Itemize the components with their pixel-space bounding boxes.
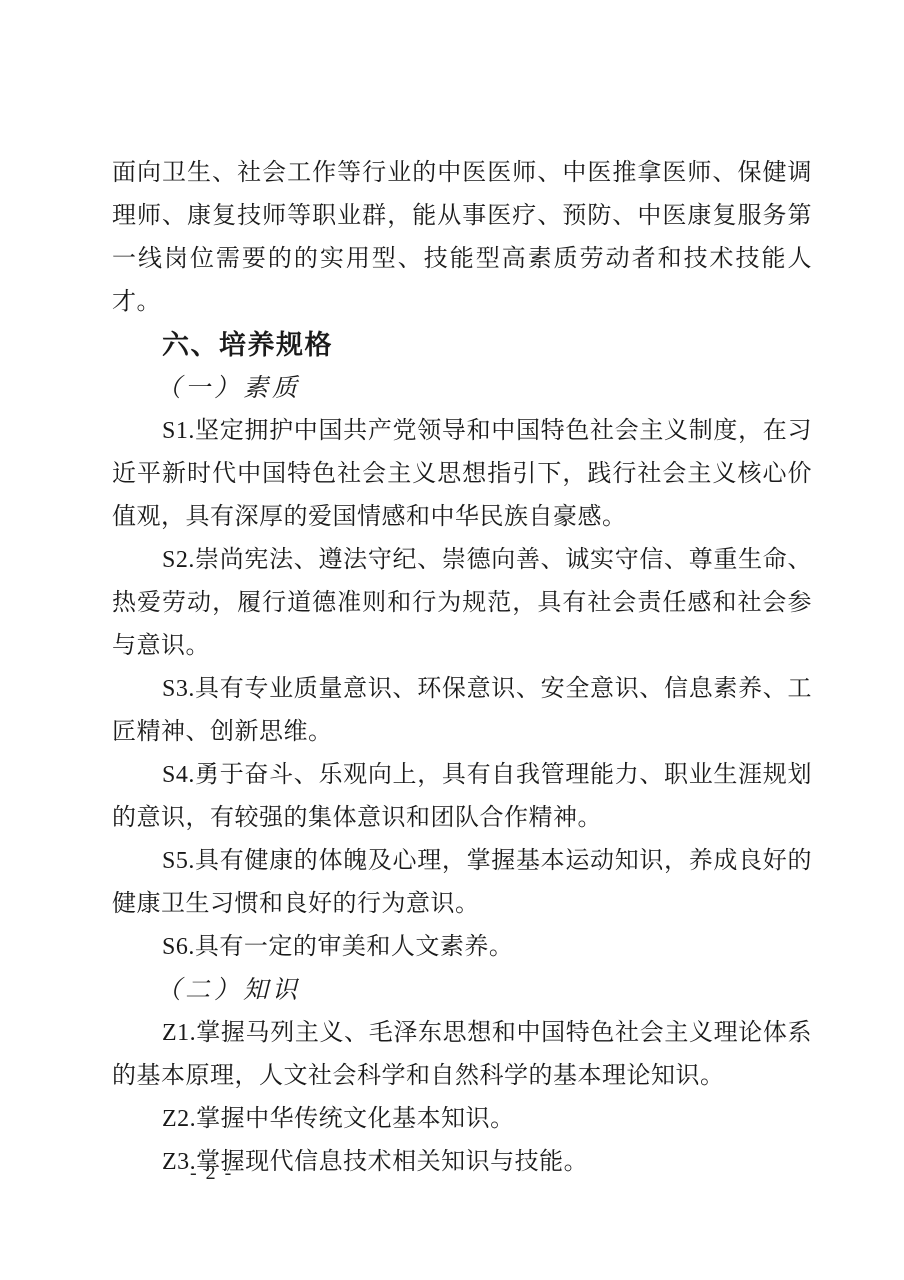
body-paragraph-s5: S5.具有健康的体魄及心理，掌握基本运动知识，养成良好的健康卫生习惯和良好的行为… bbox=[112, 840, 812, 926]
document-body: 面向卫生、社会工作等行业的中医医师、中医推拿医师、保健调理师、康复技师等职业群，… bbox=[112, 152, 812, 1184]
body-paragraph-z1: Z1.掌握马列主义、毛泽东思想和中国特色社会主义理论体系的基本原理，人文社会科学… bbox=[112, 1012, 812, 1098]
subsection-heading-knowledge: （二）知识 bbox=[112, 969, 812, 1012]
body-paragraph-z2: Z2.掌握中华传统文化基本知识。 bbox=[112, 1098, 812, 1141]
page-number: - 2 - bbox=[190, 1162, 233, 1185]
body-paragraph-s1: S1.坚定拥护中国共产党领导和中国特色社会主义制度，在习近平新时代中国特色社会主… bbox=[112, 410, 812, 539]
body-paragraph-s2: S2.崇尚宪法、遵法守纪、崇德向善、诚实守信、尊重生命、热爱劳动，履行道德准则和… bbox=[112, 539, 812, 668]
body-paragraph-s6: S6.具有一定的审美和人文素养。 bbox=[112, 926, 812, 969]
document-page: 面向卫生、社会工作等行业的中医医师、中医推拿医师、保健调理师、康复技师等职业群，… bbox=[0, 0, 904, 1280]
section-heading-training-specs: 六、培养规格 bbox=[112, 324, 812, 367]
body-paragraph-s3: S3.具有专业质量意识、环保意识、安全意识、信息素养、工匠精神、创新思维。 bbox=[112, 668, 812, 754]
body-paragraph-s4: S4.勇于奋斗、乐观向上，具有自我管理能力、职业生涯规划的意识，有较强的集体意识… bbox=[112, 754, 812, 840]
subsection-heading-quality: （一）素质 bbox=[112, 367, 812, 410]
body-paragraph-continuation: 面向卫生、社会工作等行业的中医医师、中医推拿医师、保健调理师、康复技师等职业群，… bbox=[112, 152, 812, 324]
